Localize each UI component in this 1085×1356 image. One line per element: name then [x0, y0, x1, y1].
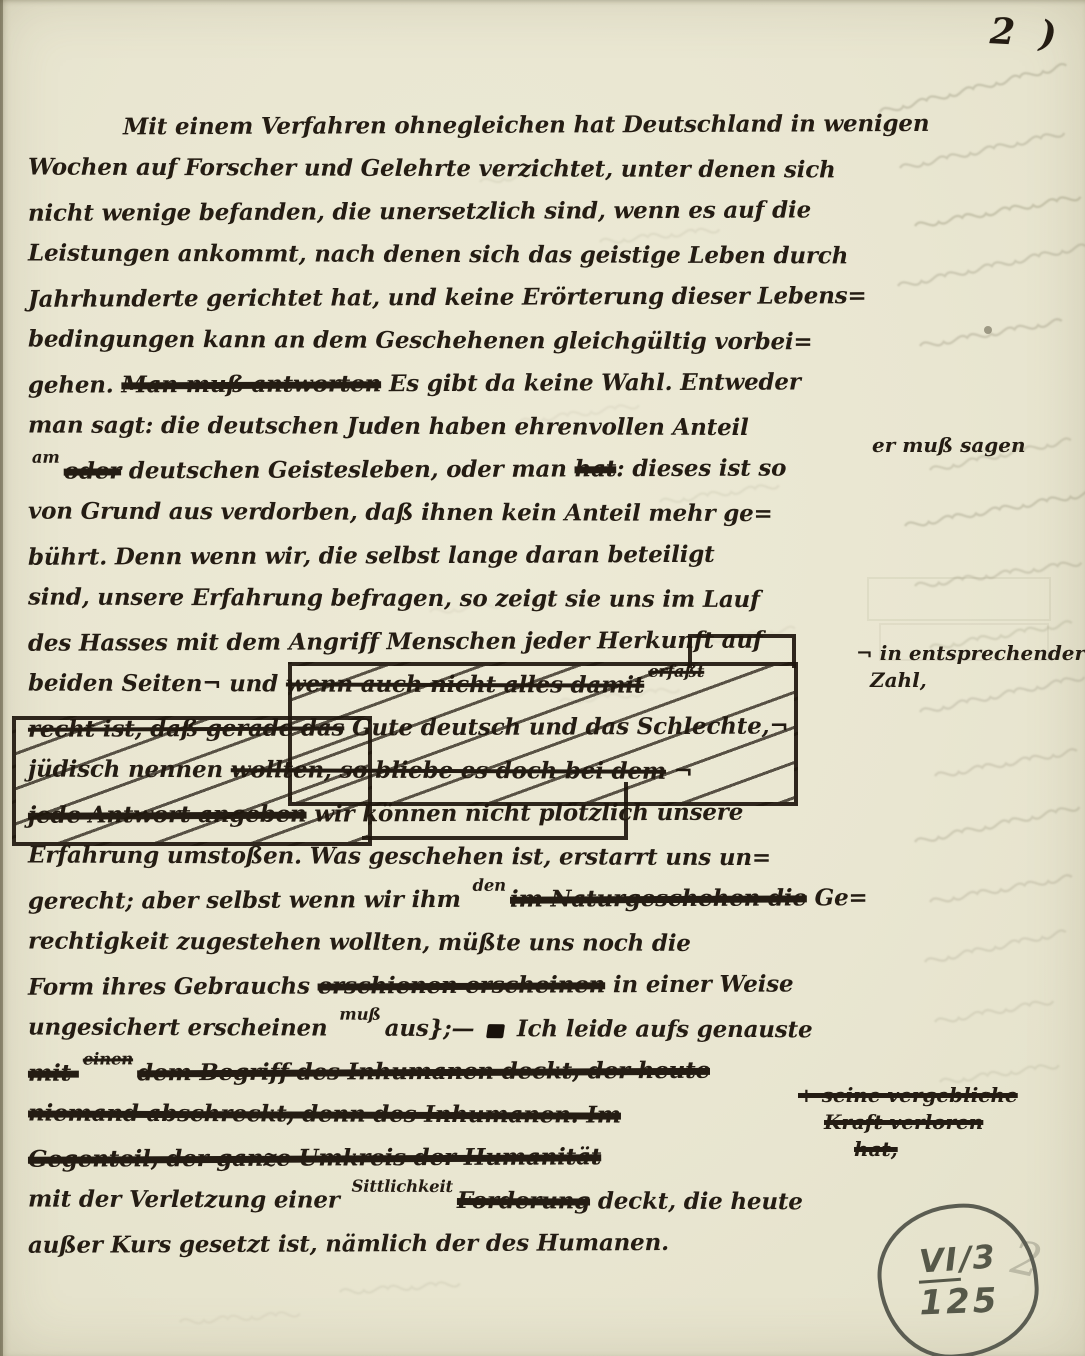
- archive-stamp-number: 125: [919, 1281, 1000, 1324]
- margin-note-line: + seine vergebliche: [798, 1082, 1018, 1109]
- archive-stamp-rest: /3: [958, 1237, 997, 1277]
- manuscript-page: 2 ) Mit einem Verfahren ohnegleichen hat…: [0, 0, 1085, 1356]
- margin-note: + seine vergeblicheKraft verlorenhat,: [798, 1082, 1018, 1163]
- margin-note: er muß sagen: [872, 432, 1026, 459]
- margin-note: ¬ in entsprechenderZahl,: [856, 640, 1085, 694]
- margin-note-line: hat,: [798, 1136, 1018, 1163]
- margin-note-line: Kraft verloren: [798, 1109, 1018, 1136]
- margin-notes: er muß sagen¬ in entsprechenderZahl,+ se…: [0, 0, 1085, 1356]
- page-number: 2 ): [989, 10, 1064, 56]
- margin-note-line: er muß sagen: [872, 432, 1026, 459]
- archive-stamp-roman: VI: [916, 1240, 961, 1284]
- margin-note-line: Zahl,: [856, 667, 1085, 694]
- archive-stamp-top: VI/3: [916, 1237, 997, 1280]
- margin-note-line: ¬ in entsprechender: [856, 640, 1085, 667]
